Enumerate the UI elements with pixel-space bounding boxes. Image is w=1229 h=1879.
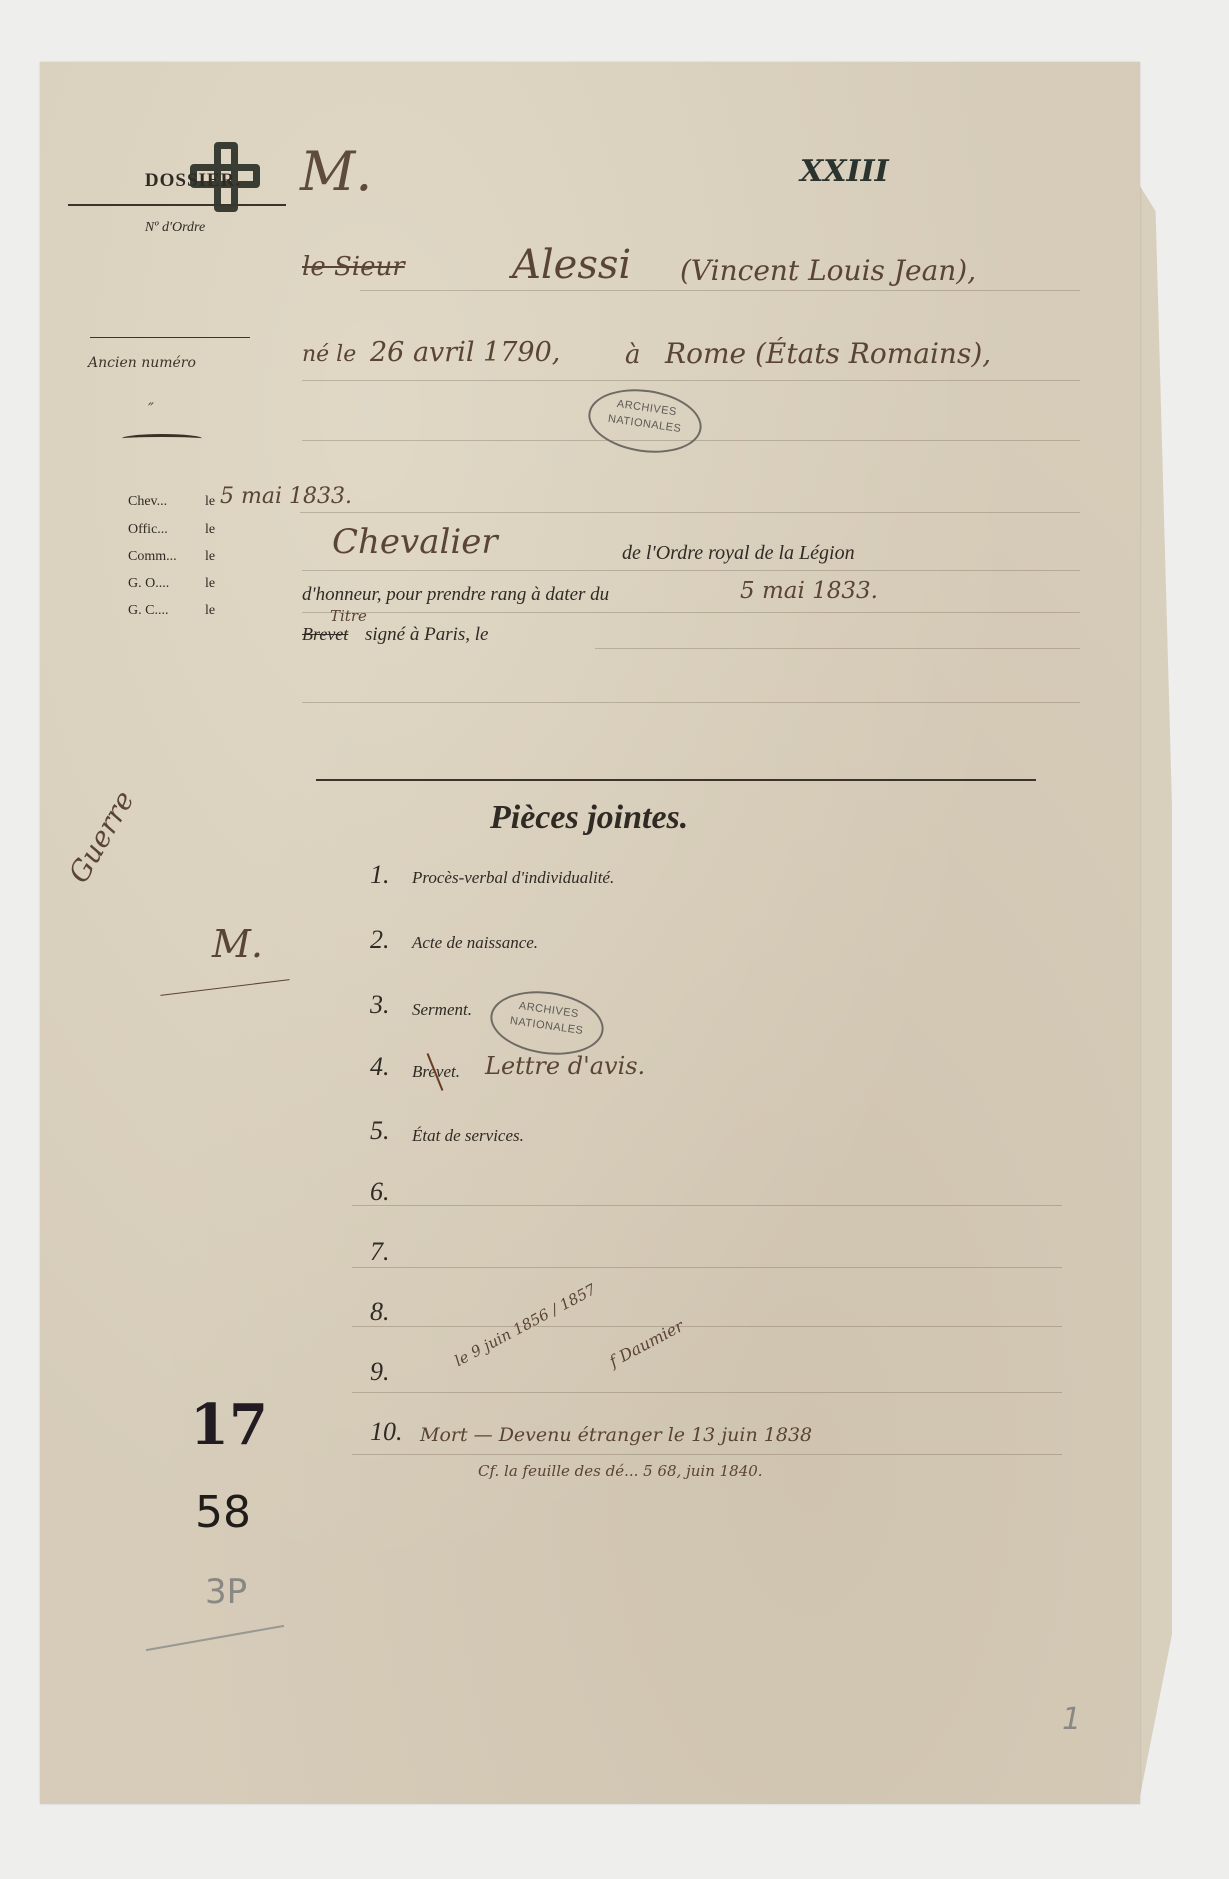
- nomination-line1: de l'Ordre royal de la Légion: [622, 542, 855, 565]
- grade-grand-officier-label: G. O....: [128, 576, 169, 592]
- grade-officier-label: Offic...: [128, 522, 168, 538]
- order-number-label: Nº d'Ordre: [100, 220, 250, 236]
- piece-number: 2.: [370, 925, 390, 955]
- nomination-line3: signé à Paris, le: [365, 624, 489, 646]
- corner-mark: XXIII: [800, 154, 889, 189]
- piece-number: 6.: [370, 1177, 390, 1207]
- grade-chevalier-date: 5 mai 1833.: [220, 484, 352, 509]
- section-rule: [316, 779, 1036, 781]
- archives-nationales-stamp: ARCHIVES NATIONALES: [584, 382, 706, 459]
- piece-label: Serment.: [412, 1000, 472, 1020]
- piece-number: 1.: [370, 860, 390, 890]
- grade-le: le: [205, 494, 215, 510]
- grade-grand-croix-label: G. C....: [128, 603, 168, 619]
- ancien-numero-label: Ancien numéro: [88, 355, 196, 371]
- ruled-line: [352, 1454, 1062, 1455]
- archives-nationales-stamp: ARCHIVES NATIONALES: [486, 984, 608, 1061]
- shelf-mark-pencil: 3P: [205, 1572, 247, 1612]
- flourish-ornament: [122, 434, 202, 443]
- ancien-numero-value: ″: [148, 399, 154, 418]
- struck-brevet: Brevet: [302, 624, 348, 645]
- shelf-mark-middle: 58: [195, 1487, 251, 1538]
- ruled-line: [352, 1326, 1062, 1327]
- piece-label: Acte de naissance.: [412, 933, 538, 953]
- annotation-signature: f Daumier: [606, 1316, 687, 1371]
- piece-number: 4.: [370, 1052, 390, 1082]
- grade-commandeur-label: Comm...: [128, 549, 177, 565]
- grade-le: le: [205, 603, 215, 619]
- ruled-line: [302, 440, 1080, 441]
- folio-number: 1: [1062, 1702, 1081, 1737]
- ruled-line: [302, 380, 1080, 381]
- ruled-line: [302, 612, 1080, 613]
- ruled-line: [300, 512, 1080, 513]
- ruled-line: [352, 1392, 1062, 1393]
- guerre-note: Guerre: [62, 785, 141, 888]
- pencil-underline: [146, 1625, 284, 1651]
- recipient-surname: Alessi: [512, 242, 631, 288]
- grade-le: le: [205, 549, 215, 565]
- dossier-title: DOSSIER.: [118, 170, 268, 192]
- m-mark: M.: [212, 922, 263, 966]
- piece-number: 8.: [370, 1297, 390, 1327]
- birth-place: Rome (États Romains),: [665, 337, 991, 370]
- piece-number: 9.: [370, 1357, 390, 1387]
- grade-le: le: [205, 576, 215, 592]
- salutation: M.: [300, 140, 372, 203]
- title-insert: Titre: [330, 607, 367, 625]
- struck-prefix: le Sieur: [302, 252, 405, 282]
- piece-number: 3.: [370, 990, 390, 1020]
- ruled-line: [360, 290, 1080, 291]
- birth-place-prefix: à: [625, 340, 641, 370]
- piece-note: Mort — Devenu étranger le 13 juin 1838: [420, 1424, 812, 1446]
- nomination-date: 5 mai 1833.: [740, 578, 878, 604]
- grade-le: le: [205, 522, 215, 538]
- recipient-given-names: (Vincent Louis Jean),: [680, 254, 976, 287]
- pieces-jointes-title: Pièces jointes.: [490, 799, 688, 837]
- ruled-line: [302, 570, 1080, 571]
- ruled-line: [595, 648, 1080, 649]
- piece-label: État de services.: [412, 1126, 524, 1146]
- piece-number: 5.: [370, 1116, 390, 1146]
- ancien-rule: [90, 337, 250, 338]
- nomination-grade: Chevalier: [332, 522, 498, 562]
- ruled-line: [352, 1205, 1062, 1206]
- dossier-page: DOSSIER. Nº d'Ordre Ancien numéro ″ XXII…: [40, 62, 1140, 1804]
- birth-date: 26 avril 1790,: [370, 337, 560, 368]
- piece-number: 7.: [370, 1237, 390, 1267]
- ruled-line: [352, 1267, 1062, 1268]
- nomination-line2: d'honneur, pour prendre rang à dater du: [302, 584, 609, 606]
- annotation-below: Cf. la feuille des dé... 5 68, juin 1840…: [478, 1462, 763, 1480]
- piece-note: Lettre d'avis.: [485, 1052, 645, 1080]
- m-underline: [160, 979, 289, 996]
- birth-prefix: né le: [302, 342, 356, 367]
- grade-chevalier-label: Chev...: [128, 494, 167, 510]
- header-rule: [68, 204, 286, 206]
- shelf-mark-top: 17: [190, 1392, 268, 1458]
- piece-label: Procès-verbal d'individualité.: [412, 868, 614, 888]
- piece-number: 10.: [370, 1417, 403, 1447]
- ruled-line: [302, 702, 1080, 703]
